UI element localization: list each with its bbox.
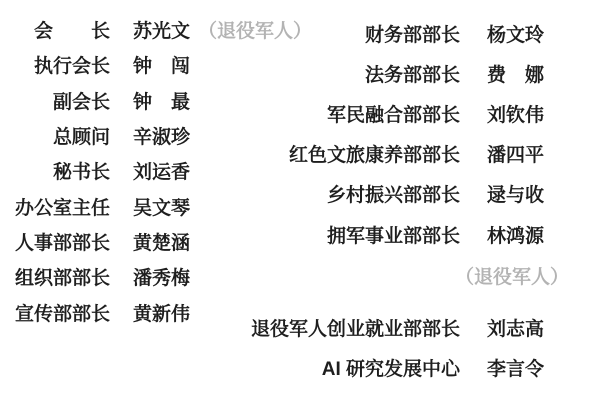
member-name: 逯与收 bbox=[487, 180, 544, 207]
member-name: 杨文玲 bbox=[487, 20, 544, 47]
position-title: 组织部部长 bbox=[0, 263, 110, 290]
member-name: 潘秀梅 bbox=[133, 263, 190, 290]
position-title: 军民融合部部长 bbox=[230, 100, 460, 127]
section-gap bbox=[230, 295, 597, 307]
position-title: 退役军人创业就业部部长 bbox=[230, 314, 460, 341]
veteran-note: （退役军人） bbox=[455, 262, 569, 289]
member-name: 刘志高 bbox=[487, 314, 544, 341]
position-title: 秘书长 bbox=[0, 157, 110, 184]
position-title: 人事部部长 bbox=[0, 228, 110, 255]
member-name: 黄楚涵 bbox=[133, 228, 190, 255]
position-title: 总顾问 bbox=[0, 122, 110, 149]
member-name: 林鸿源 bbox=[487, 221, 544, 248]
member-name: 苏光文 bbox=[133, 16, 190, 43]
roster-row: 法务部部长 费 娜 bbox=[230, 53, 597, 93]
position-title: 宣传部部长 bbox=[0, 299, 110, 326]
member-name: 吴文琴 bbox=[133, 193, 190, 220]
position-title: 副会长 bbox=[0, 87, 110, 114]
member-name: 黄新伟 bbox=[133, 299, 190, 326]
roster-row: 拥军事业部部长 林鸿源 bbox=[230, 213, 597, 255]
roster-document: 会 长 苏光文 （退役军人） 执行会长 钟 闯 副会长 钟 最 总顾问 辛淑珍 … bbox=[0, 0, 597, 399]
position-title: 拥军事业部部长 bbox=[230, 221, 460, 248]
member-name: 刘钦伟 bbox=[487, 100, 544, 127]
roster-row: 军民融合部部长 刘钦伟 bbox=[230, 93, 597, 133]
member-name: 费 娜 bbox=[487, 60, 544, 87]
position-title: 办公室主任 bbox=[0, 193, 110, 220]
position-title: 财务部部长 bbox=[230, 20, 460, 47]
position-title: 会 长 bbox=[0, 16, 110, 43]
right-roster-column: 财务部部长 杨文玲 法务部部长 费 娜 军民融合部部长 刘钦伟 红色文旅康养部部… bbox=[230, 13, 597, 387]
member-name: 潘四平 bbox=[487, 140, 544, 167]
roster-row: 财务部部长 杨文玲 bbox=[230, 13, 597, 53]
member-name: 辛淑珍 bbox=[133, 122, 190, 149]
position-title: 执行会长 bbox=[0, 51, 110, 78]
roster-row: 红色文旅康养部部长 潘四平 bbox=[230, 133, 597, 173]
position-title: AI 研究发展中心 bbox=[230, 354, 460, 381]
veteran-note-row: （退役军人） bbox=[230, 255, 597, 295]
member-name: 钟 闯 bbox=[133, 51, 190, 78]
position-title: 红色文旅康养部部长 bbox=[230, 140, 460, 167]
roster-row: 退役军人创业就业部部长 刘志高 bbox=[230, 307, 597, 347]
roster-row: 乡村振兴部部长 逯与收 bbox=[230, 173, 597, 213]
roster-row: AI 研究发展中心 李言令 bbox=[230, 347, 597, 387]
position-title: 法务部部长 bbox=[230, 60, 460, 87]
position-title: 乡村振兴部部长 bbox=[230, 180, 460, 207]
member-name: 钟 最 bbox=[133, 87, 190, 114]
member-name: 刘运香 bbox=[133, 157, 190, 184]
member-name: 李言令 bbox=[487, 354, 544, 381]
